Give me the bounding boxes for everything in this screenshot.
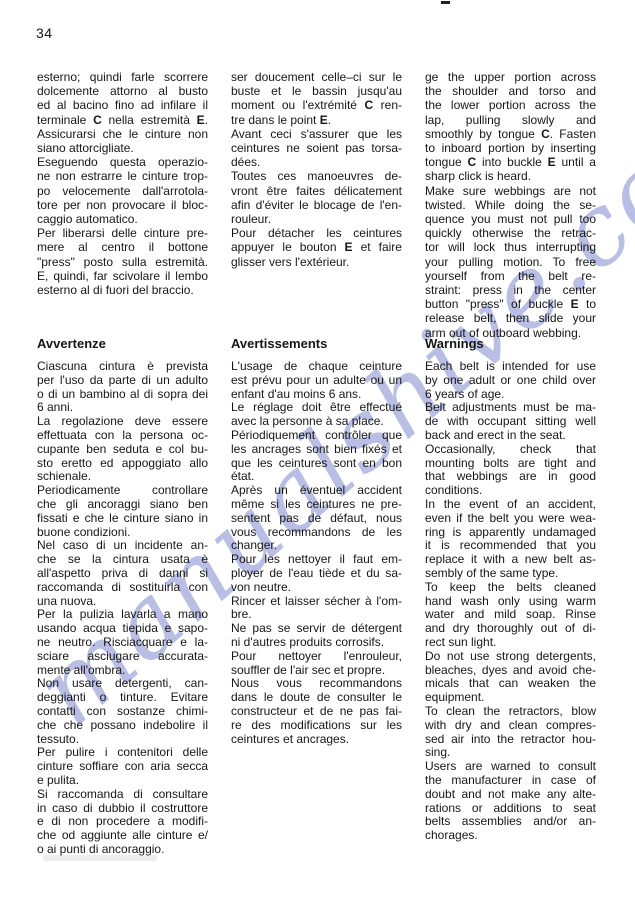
text-line: button "press" of buckle E to bbox=[425, 297, 596, 311]
text-line: cinture soffiare con aria secca bbox=[37, 760, 208, 774]
text-line: sciare asciugare accurata- bbox=[37, 650, 208, 664]
text-line: ployer de l'eau tiède et du sa- bbox=[231, 567, 402, 581]
text-line: vous recommandons de les bbox=[231, 526, 402, 540]
text-line: belts assemblies and/or an- bbox=[425, 815, 596, 829]
text-line: dolcemente attorno al busto bbox=[37, 84, 208, 98]
text-line: mente all'ombra. bbox=[37, 664, 208, 678]
text-line: smoothly by tongue C. Fasten bbox=[425, 127, 596, 141]
text-line: Périodiquement contrôler que bbox=[231, 429, 402, 443]
text-line: que les ceintures sont en bon bbox=[231, 457, 402, 471]
text-line: Nel caso di un incidente an- bbox=[37, 539, 208, 553]
text-line: Pour détacher les ceintures bbox=[231, 226, 402, 240]
text-line: "press" posto sulla estremità. bbox=[37, 255, 208, 269]
text-line: re des modifications sur les bbox=[231, 719, 402, 733]
column-italian: esterno; quindi farle scorreredolcemente… bbox=[37, 0, 208, 909]
english-bottom-text-block: Each belt is intended for useby one adul… bbox=[425, 360, 596, 843]
text-line: dans le doute de consulter le bbox=[231, 691, 402, 705]
text-line: release belt, then slide your bbox=[425, 311, 596, 325]
text-line: est prévu pour un adulte ou un bbox=[231, 374, 402, 388]
heading-avertissements: Avertissements bbox=[231, 337, 402, 351]
text-line: Toutes ces manoeuvres de- bbox=[231, 169, 402, 183]
french-bottom-text-block: L'usage de chaque ceintureest prévu pour… bbox=[231, 360, 402, 746]
text-line: deggianti o tinture. Evitare bbox=[37, 691, 208, 705]
text-line: bleaches, dyes and avoid che- bbox=[425, 664, 596, 678]
text-line: po velocemente dall'arrotola- bbox=[37, 184, 208, 198]
french-top-text-block: ser doucement celle–ci sur lebuste et le… bbox=[231, 70, 402, 269]
text-line: in caso di dubbio il costruttore bbox=[37, 802, 208, 816]
italian-top-text-block: esterno; quindi farle scorreredolcemente… bbox=[37, 70, 208, 297]
text-line: usando acqua tiepida e sapo- bbox=[37, 622, 208, 636]
text-line: buste et le bassin jusqu'au bbox=[231, 84, 402, 98]
text-line: dées. bbox=[231, 155, 402, 169]
text-line: quence you must not pull too bbox=[425, 212, 596, 226]
text-line: Ne pas se servir de détergent bbox=[231, 622, 402, 636]
text-line: les ancrages sont bien fixés et bbox=[231, 443, 402, 457]
text-line: with dry and clean compres- bbox=[425, 719, 596, 733]
text-line: avec la personne à sa place. bbox=[231, 415, 402, 429]
text-line: conditions. bbox=[425, 484, 596, 498]
text-line: Make sure webbings are not bbox=[425, 184, 596, 198]
text-line: Periodicamente controllare bbox=[37, 484, 208, 498]
text-line: tor will lock thus interrupting bbox=[425, 240, 596, 254]
text-line: the manufacturer in case of bbox=[425, 774, 596, 788]
page-number: 34 bbox=[36, 25, 53, 41]
text-line: E, quindi, far scivolare il lembo bbox=[37, 269, 208, 283]
text-line: Assicurarsi che le cinture non bbox=[37, 127, 208, 141]
text-line: changer. bbox=[231, 539, 402, 553]
text-line: sed air into the retractor hou- bbox=[425, 733, 596, 747]
text-line: To keep the belts cleaned bbox=[425, 581, 596, 595]
english-top-text-block: ge the upper portion acrossthe shoulder … bbox=[425, 70, 596, 340]
text-line: to inboard portion by inserting bbox=[425, 141, 596, 155]
text-line: sing. bbox=[425, 746, 596, 760]
text-line: même si les ceintures ne pre- bbox=[231, 498, 402, 512]
text-line: rations or additions to seat bbox=[425, 802, 596, 816]
text-line: bre. bbox=[231, 608, 402, 622]
text-line: Avant ceci s'assurer que les bbox=[231, 127, 402, 141]
text-line: hand wash only using warm bbox=[425, 595, 596, 609]
text-line: Per pulire i contenitori delle bbox=[37, 746, 208, 760]
text-line: che che possano indebolire il bbox=[37, 719, 208, 733]
text-line: and dry thoroughly out of di- bbox=[425, 622, 596, 636]
text-line: mounting bolts are tight and bbox=[425, 457, 596, 471]
text-line: afin d'éviter le blocage de l'en- bbox=[231, 198, 402, 212]
text-line: che gli ancoraggi siano ben bbox=[37, 498, 208, 512]
text-line: souffler de l'air sec et propre. bbox=[231, 664, 402, 678]
text-line: the shoulder and torso and bbox=[425, 84, 596, 98]
text-line: ceintures ne soient pas torsa- bbox=[231, 141, 402, 155]
text-line: Each belt is intended for use bbox=[425, 360, 596, 374]
text-line: equipment. bbox=[425, 691, 596, 705]
text-line: siano attorcigliate. bbox=[37, 141, 208, 155]
text-line: doubt and not make any alte- bbox=[425, 788, 596, 802]
text-line: tre dans le point E. bbox=[231, 113, 402, 127]
text-line: ne neutro. Risciacquare e la- bbox=[37, 636, 208, 650]
text-line: terminale C nella estremità E. bbox=[37, 113, 208, 127]
text-line: glisser vers l'extérieur. bbox=[231, 255, 402, 269]
text-line: per l'uso da parte di un adulto bbox=[37, 374, 208, 388]
text-line: sharp click is heard. bbox=[425, 169, 596, 183]
text-line: cupante ben seduta e col bu- bbox=[37, 443, 208, 457]
text-line: rouleur. bbox=[231, 212, 402, 226]
heading-warnings: Warnings bbox=[425, 337, 596, 351]
text-line: Après un éventuel accident bbox=[231, 484, 402, 498]
text-line: Le réglage doit être effectué bbox=[231, 401, 402, 415]
text-line: Per la pulizia lavarla a mano bbox=[37, 608, 208, 622]
text-line: vront être faites délicatement bbox=[231, 184, 402, 198]
text-line: quickly otherwise the retrac- bbox=[425, 226, 596, 240]
text-line: de with occupant sitting well bbox=[425, 415, 596, 429]
text-line: esterno; quindi farle scorrere bbox=[37, 70, 208, 84]
manual-page: 34 manualshive.com esterno; quindi farle… bbox=[0, 0, 635, 909]
text-line: e di non procedere a modifi- bbox=[37, 815, 208, 829]
text-line: buone condizioni. bbox=[37, 526, 208, 540]
text-line: Nous vous recommandons bbox=[231, 677, 402, 691]
text-line: yourself from the belt re- bbox=[425, 269, 596, 283]
text-line: La regolazione deve essere bbox=[37, 415, 208, 429]
text-line: chorages. bbox=[425, 829, 596, 843]
text-line: caggio automatico. bbox=[37, 212, 208, 226]
text-line: water and mild soap. Rinse bbox=[425, 608, 596, 622]
text-line: contatti con sostanze chimi- bbox=[37, 705, 208, 719]
text-line: von neutre. bbox=[231, 581, 402, 595]
text-line: Eseguendo questa operazio- bbox=[37, 155, 208, 169]
text-line: ni d'autres produits corrosifs. bbox=[231, 636, 402, 650]
text-line: Pour nettoyer l'enrouleur, bbox=[231, 650, 402, 664]
text-line: even if the belt you were wea- bbox=[425, 512, 596, 526]
text-line: by one adult or one child over bbox=[425, 374, 596, 388]
text-line: the lower portion across the bbox=[425, 98, 596, 112]
text-line: fissati e che le cinture siano in bbox=[37, 512, 208, 526]
text-line: ge the upper portion across bbox=[425, 70, 596, 84]
text-line: ed al bacino fino ad infilare il bbox=[37, 98, 208, 112]
text-line: mere al centro il bottone bbox=[37, 240, 208, 254]
text-line: lap, pulling slowly and bbox=[425, 113, 596, 127]
text-line: schienale. bbox=[37, 470, 208, 484]
text-line: it is recommended that you bbox=[425, 539, 596, 553]
text-line: rect sun light. bbox=[425, 636, 596, 650]
text-line: Do not use strong detergents, bbox=[425, 650, 596, 664]
text-line: tore per non provocare il bloc- bbox=[37, 198, 208, 212]
text-line: raccomanda di sostituirla con bbox=[37, 581, 208, 595]
text-line: To clean the retractors, blow bbox=[425, 705, 596, 719]
text-line: sto eretto ed appoggiato allo bbox=[37, 457, 208, 471]
text-line: replace it with a new belt as- bbox=[425, 553, 596, 567]
text-line: twisted. While doing the se- bbox=[425, 198, 596, 212]
text-line: micals that can weaken the bbox=[425, 677, 596, 691]
text-line: Ciascuna cintura è prevista bbox=[37, 360, 208, 374]
heading-avvertenze: Avvertenze bbox=[37, 337, 208, 351]
italian-bottom-text-block: Ciascuna cintura è previstaper l'uso da … bbox=[37, 360, 208, 857]
column-english: ge the upper portion acrossthe shoulder … bbox=[425, 0, 596, 909]
english-warnings-section: Warnings Each belt is intended for useby… bbox=[425, 337, 596, 843]
text-line: ne non estrarre le cinture trop- bbox=[37, 169, 208, 183]
text-line: enfant d'au moins 6 ans. bbox=[231, 388, 402, 402]
text-line: sentent pas de défaut, nous bbox=[231, 512, 402, 526]
text-line: appuyer le bouton E et faire bbox=[231, 240, 402, 254]
column-french: ser doucement celle–ci sur lebuste et le… bbox=[231, 0, 402, 909]
text-line: Non usare detergenti, can- bbox=[37, 677, 208, 691]
text-line: tongue C into buckle E until a bbox=[425, 155, 596, 169]
text-line: che se la cintura usata è bbox=[37, 553, 208, 567]
text-line: back and erect in the seat. bbox=[425, 429, 596, 443]
text-line: Per liberarsi delle cinture pre- bbox=[37, 226, 208, 240]
text-line: Pour les nettoyer il faut em- bbox=[231, 553, 402, 567]
text-line: L'usage de chaque ceinture bbox=[231, 360, 402, 374]
text-line: 6 years of age. bbox=[425, 388, 596, 402]
text-line: Si raccomanda di consultare bbox=[37, 788, 208, 802]
text-line: tessuto. bbox=[37, 733, 208, 747]
text-line: constructeur et de ne pas fai- bbox=[231, 705, 402, 719]
scan-artifact-mark bbox=[441, 1, 450, 4]
text-line: Users are warned to consult bbox=[425, 760, 596, 774]
text-line: Occasionally, check that bbox=[425, 443, 596, 457]
text-line: ser doucement celle–ci sur le bbox=[231, 70, 402, 84]
italian-warnings-section: Avvertenze Ciascuna cintura è previstape… bbox=[37, 337, 208, 857]
text-line: In the event of an accident, bbox=[425, 498, 596, 512]
text-line: effettuata con la persona oc- bbox=[37, 429, 208, 443]
text-line: ceintures et ancrages. bbox=[231, 733, 402, 747]
text-line: moment ou l'extrémité C ren- bbox=[231, 98, 402, 112]
text-line: état. bbox=[231, 470, 402, 484]
text-line: straint: press in the center bbox=[425, 283, 596, 297]
text-line: e pulita. bbox=[37, 774, 208, 788]
french-warnings-section: Avertissements L'usage de chaque ceintur… bbox=[231, 337, 402, 746]
text-line: your pulling motion. To free bbox=[425, 255, 596, 269]
text-line: che od aggiunte alle cinture e/ bbox=[37, 829, 208, 843]
text-line: all'aspetto priva di danni si bbox=[37, 567, 208, 581]
text-line: 6 anni. bbox=[37, 401, 208, 415]
text-line: Belt adjustments must be ma- bbox=[425, 401, 596, 415]
text-line: ring is apparently undamaged bbox=[425, 526, 596, 540]
text-line: o di un bambino al di sopra dei bbox=[37, 388, 208, 402]
text-line: esterno al di fuori del braccio. bbox=[37, 283, 208, 297]
text-line: una nuova. bbox=[37, 595, 208, 609]
text-line: sembly of the same type. bbox=[425, 567, 596, 581]
text-line: that webbings are in good bbox=[425, 470, 596, 484]
text-line: Rincer et laisser sécher à l'om- bbox=[231, 595, 402, 609]
text-line: o ai punti di ancoraggio. bbox=[37, 843, 208, 857]
